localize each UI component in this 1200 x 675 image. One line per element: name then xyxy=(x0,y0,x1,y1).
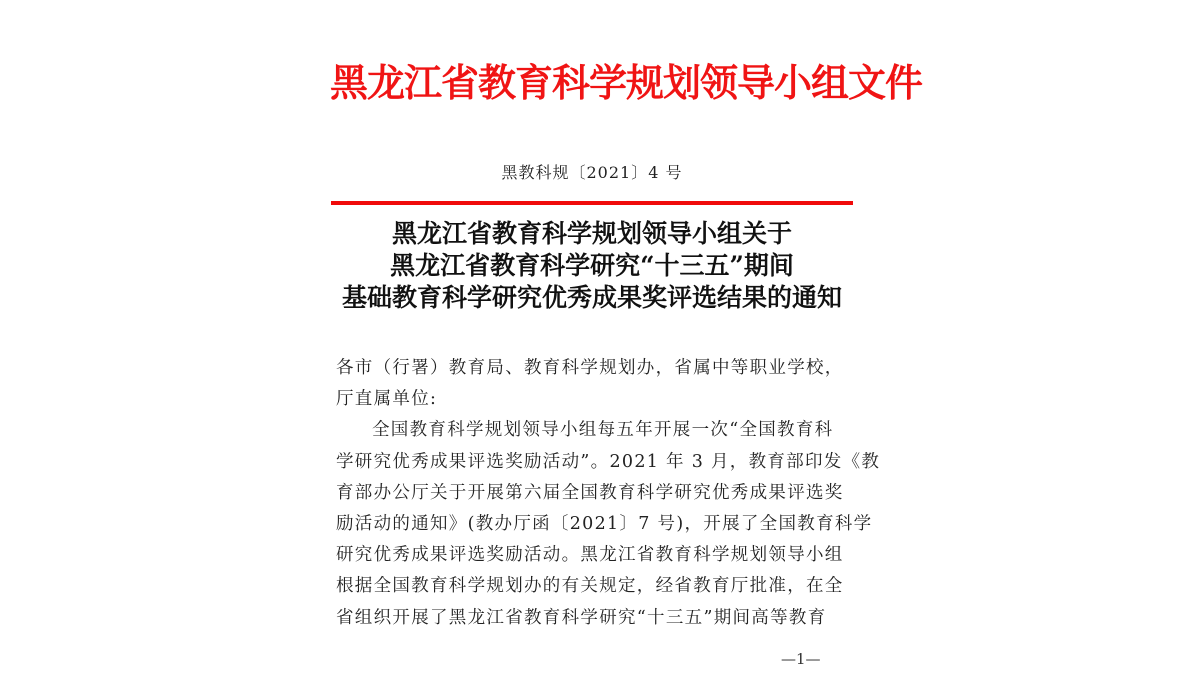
paragraph-line: 育部办公厅关于开展第六届全国教育科学研究优秀成果评选奖 xyxy=(336,478,836,509)
paragraph-line: 励活动的通知》(教办厅函〔2021〕7 号)，开展了全国教育科学 xyxy=(336,509,836,540)
paragraph-line: 根据全国教育科学规划办的有关规定，经省教育厅批准，在全 xyxy=(336,571,836,602)
paragraph-line: 全国教育科学规划领导小组每五年开展一次“全国教育科 xyxy=(336,415,836,446)
title-line: 黑龙江省教育科学规划领导小组关于 xyxy=(330,218,854,250)
document-page: 黑龙江省教育科学规划领导小组文件 黑教科规〔2021〕4 号 黑龙江省教育科学规… xyxy=(0,0,1200,675)
title-line: 基础教育科学研究优秀成果奖评选结果的通知 xyxy=(330,282,854,314)
document-body: 各市（行署）教育局、教育科学规划办，省属中等职业学校， 厅直属单位: 全国教育科… xyxy=(336,353,836,634)
page-number: —1— xyxy=(781,650,821,668)
paragraph-line: 学研究优秀成果评选奖励活动”。2021 年 3 月，教育部印发《教 xyxy=(336,447,836,478)
document-number: 黑教科规〔2021〕4 号 xyxy=(330,160,854,183)
title-line: 黑龙江省教育科学研究“十三五”期间 xyxy=(330,250,854,282)
document-title: 黑龙江省教育科学规划领导小组关于 黑龙江省教育科学研究“十三五”期间 基础教育科… xyxy=(330,218,854,314)
salutation-line: 厅直属单位: xyxy=(336,384,836,415)
red-divider xyxy=(331,201,853,205)
document-header: 黑龙江省教育科学规划领导小组文件 xyxy=(330,58,854,108)
salutation-line: 各市（行署）教育局、教育科学规划办，省属中等职业学校， xyxy=(336,353,836,384)
paragraph-line: 省组织开展了黑龙江省教育科学研究“十三五”期间高等教育 xyxy=(336,603,836,634)
paragraph-line: 研究优秀成果评选奖励活动。黑龙江省教育科学规划领导小组 xyxy=(336,540,836,571)
